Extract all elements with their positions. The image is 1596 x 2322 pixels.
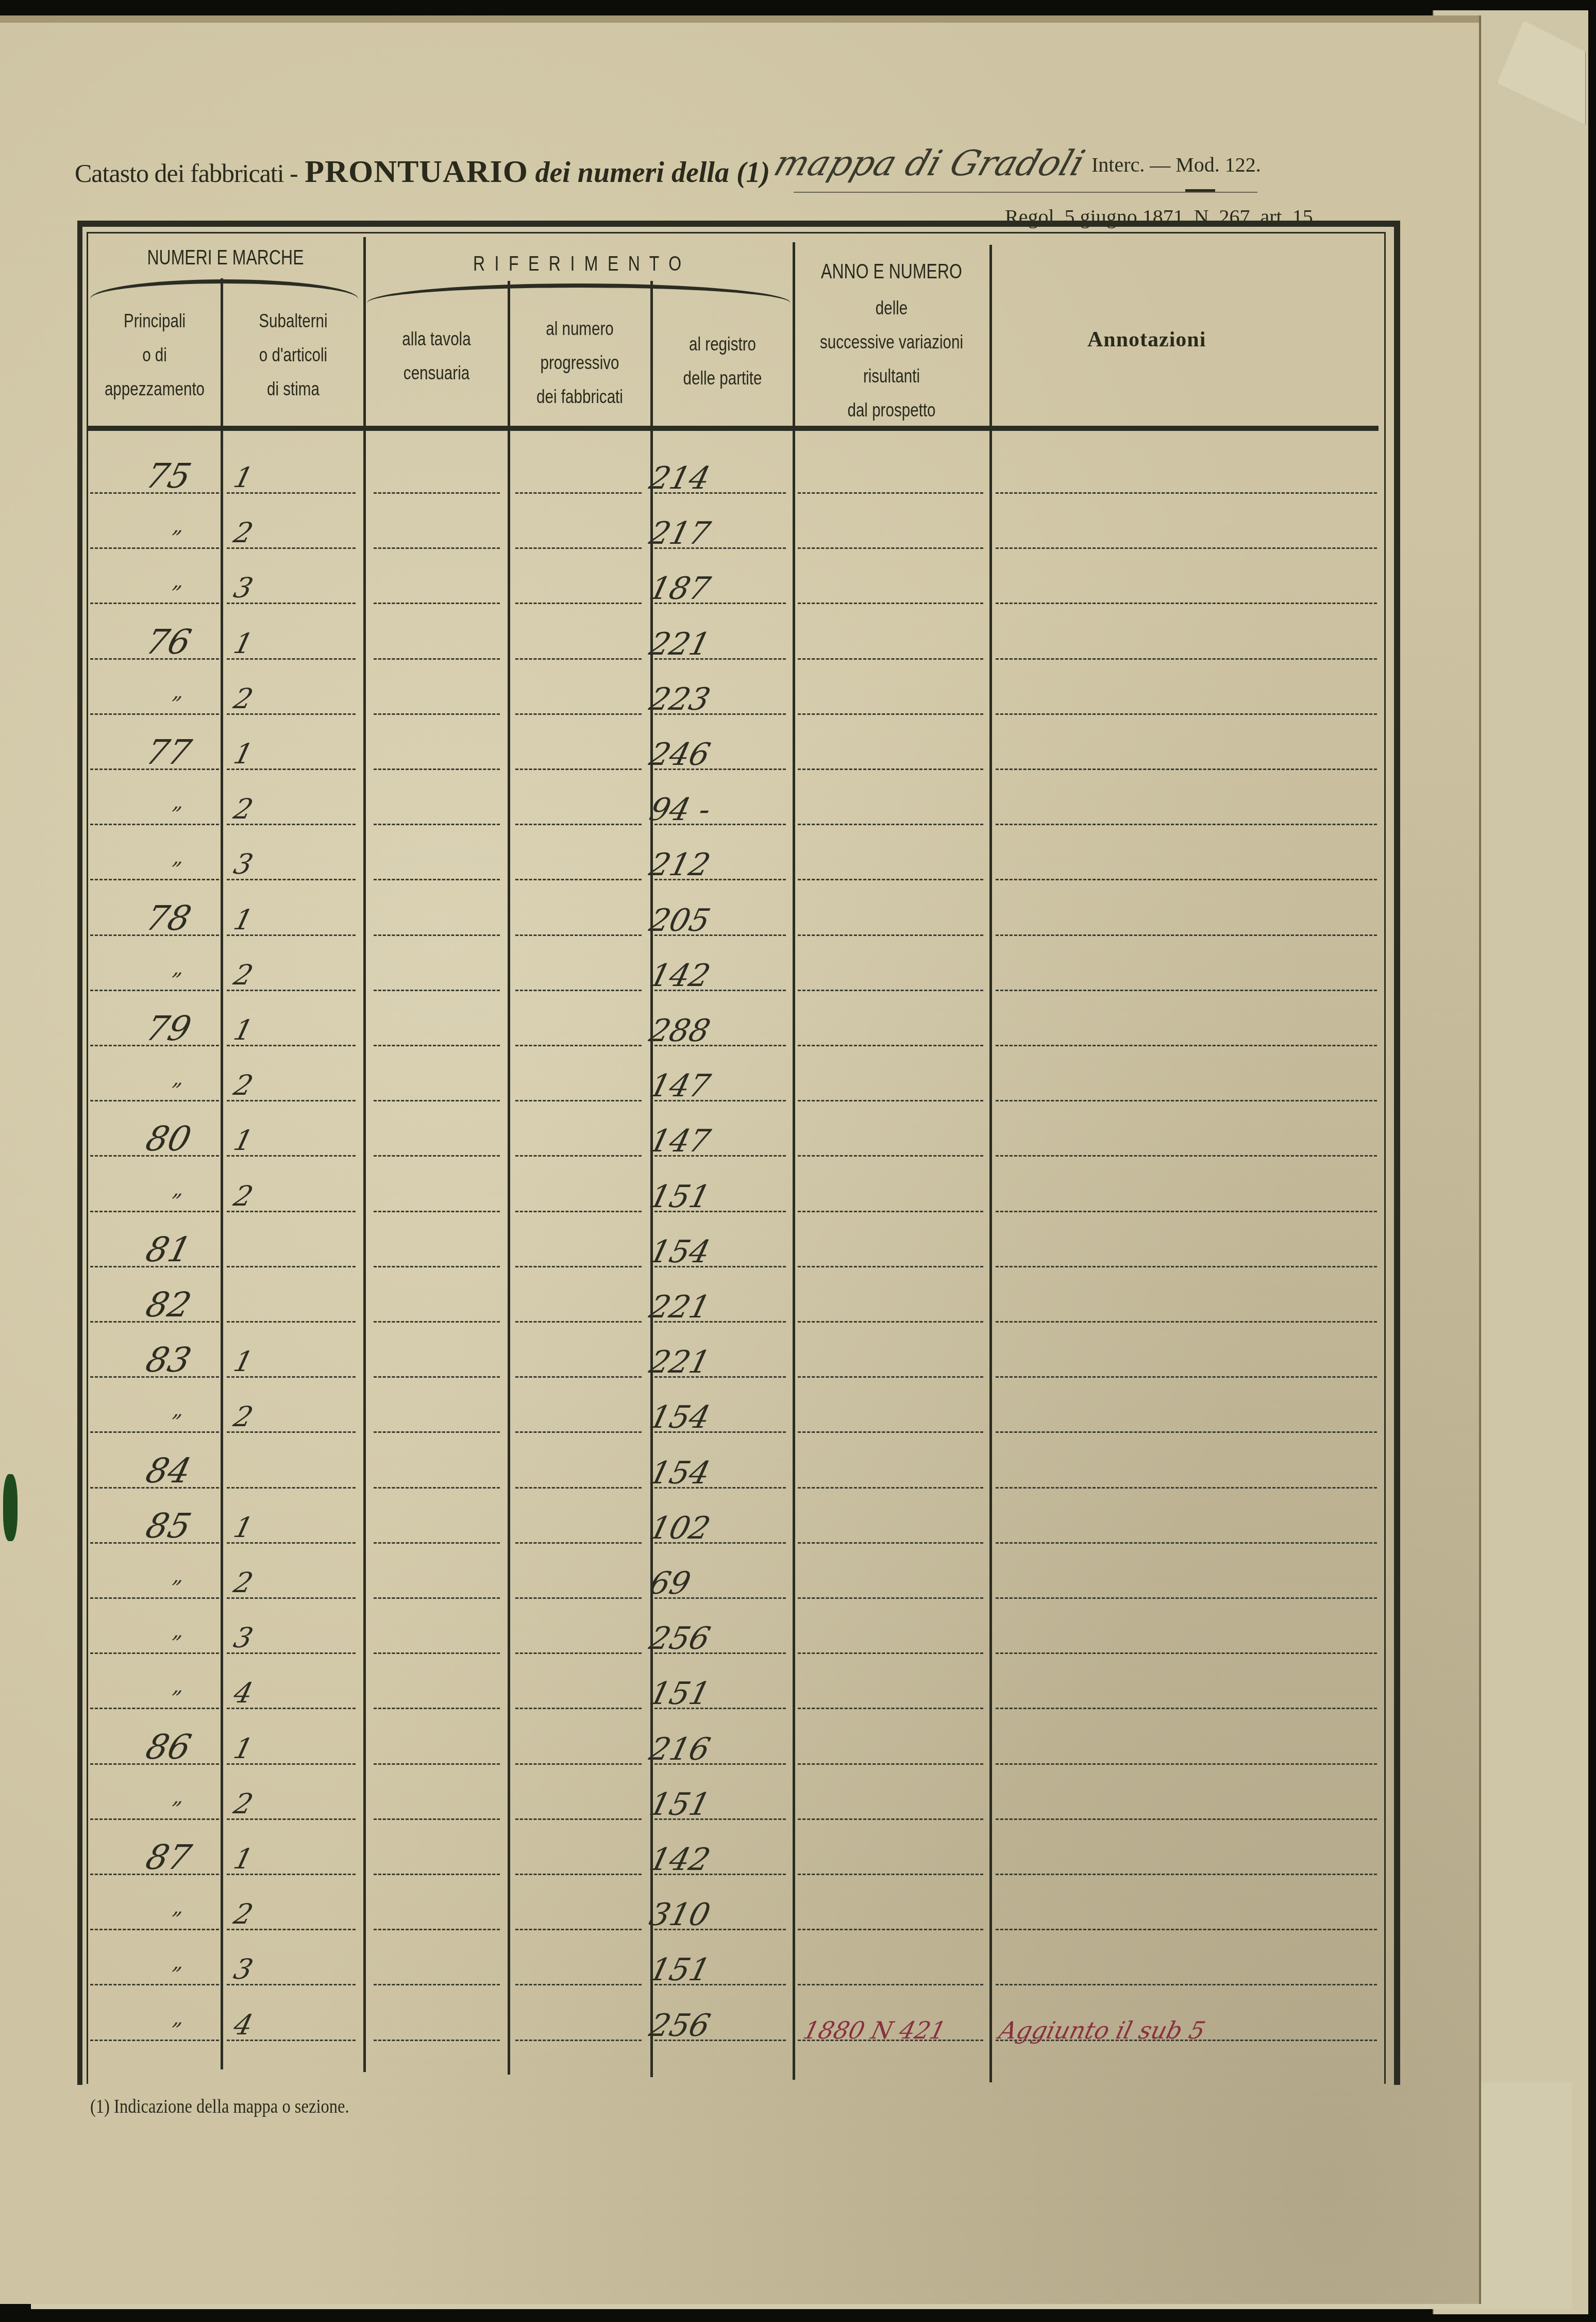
col-subalterni: Subalterni o d'articoli di stima xyxy=(238,304,348,406)
cell-subalterno: 4 xyxy=(230,1677,256,1709)
ruled-line xyxy=(374,1761,500,1765)
ruled-line xyxy=(90,877,219,880)
ruled-line xyxy=(798,822,983,825)
table-row: 861216 xyxy=(0,1722,1546,1777)
cell-registro: 151 xyxy=(646,1952,714,1988)
ruled-line xyxy=(374,1485,500,1489)
cell-registro: 142 xyxy=(646,958,714,994)
table-row: ”42561880 N 421Aggiunto il sub 5 xyxy=(0,1998,1546,2053)
ruled-line xyxy=(798,1816,983,1820)
cell-subalterno: 2 xyxy=(230,1069,256,1101)
table-row: ”3212 xyxy=(0,838,1546,893)
cell-registro: 310 xyxy=(646,1897,714,1933)
table-row: ”294 - xyxy=(0,782,1546,838)
cell-registro: 154 xyxy=(646,1455,714,1491)
ruled-line xyxy=(798,1485,983,1489)
ruled-line xyxy=(90,1982,219,1985)
ruled-line xyxy=(374,1043,500,1046)
ruled-line xyxy=(515,1043,642,1046)
ruled-line xyxy=(996,1153,1377,1157)
table-row: 831221 xyxy=(0,1335,1546,1390)
cell-subalterno: 2 xyxy=(230,682,256,715)
ruled-line xyxy=(374,1872,500,1875)
table-row: ”2154 xyxy=(0,1390,1546,1445)
ruled-line xyxy=(90,545,219,549)
ruled-line xyxy=(515,1374,642,1378)
ruled-line xyxy=(996,988,1377,991)
table-row: 871142 xyxy=(0,1832,1546,1887)
ruled-line xyxy=(515,1485,642,1489)
cell-subalterno: 2 xyxy=(230,959,256,991)
ruled-line xyxy=(515,1706,642,1709)
ruled-line xyxy=(798,1595,983,1599)
cell-registro: 217 xyxy=(646,515,714,552)
page-title: Catasto dei fabbricati - PRONTUARIO dei … xyxy=(75,154,770,190)
ruled-line xyxy=(798,1043,983,1046)
ruled-line xyxy=(515,1429,642,1433)
ruled-line xyxy=(374,822,500,825)
cell-registro: 214 xyxy=(646,460,714,496)
cell-subalterno: 3 xyxy=(230,1953,256,1985)
ruled-line xyxy=(90,988,219,991)
cell-subalterno: 3 xyxy=(230,848,256,880)
ruled-line xyxy=(515,877,642,880)
ruled-line xyxy=(996,1927,1377,1930)
ruled-line xyxy=(374,1153,500,1157)
ruled-line xyxy=(515,2037,642,2041)
ruled-line xyxy=(515,1319,642,1323)
ruled-line xyxy=(227,1319,356,1323)
cell-registro: 221 xyxy=(646,1289,714,1325)
ruled-line xyxy=(798,1153,983,1157)
cell-subalterno: 1 xyxy=(230,904,256,936)
table-row: 851102 xyxy=(0,1501,1546,1556)
ruled-line xyxy=(90,1429,219,1433)
model-label: Interc. — Mod. 122. xyxy=(1091,153,1261,177)
table-row: ”2151 xyxy=(0,1170,1546,1225)
col-variazioni: delle successive variazioni risultanti d… xyxy=(813,291,970,427)
ruled-line xyxy=(996,1650,1377,1654)
table-row: 82221 xyxy=(0,1280,1546,1335)
cell-registro: 221 xyxy=(646,626,714,662)
cell-subalterno: 2 xyxy=(230,1400,256,1433)
ruled-line xyxy=(996,600,1377,604)
ruled-line xyxy=(996,766,1377,770)
ruled-line xyxy=(374,766,500,770)
header-rule xyxy=(88,426,1379,431)
ruled-line xyxy=(996,877,1377,880)
ruled-line xyxy=(798,600,983,604)
ruled-line xyxy=(515,1153,642,1157)
ruled-line xyxy=(996,932,1377,936)
ruled-line xyxy=(515,766,642,770)
ruled-line xyxy=(374,1098,500,1101)
top-edge-stain xyxy=(0,15,1479,23)
ruled-line xyxy=(798,988,983,991)
ruled-line xyxy=(90,711,219,715)
cell-subalterno: 2 xyxy=(230,793,256,825)
ruled-line xyxy=(374,1816,500,1820)
ruled-line xyxy=(515,1595,642,1599)
ruled-line xyxy=(374,932,500,936)
ruled-line xyxy=(515,1816,642,1820)
ruled-line xyxy=(798,1209,983,1212)
cell-registro: 246 xyxy=(646,737,714,773)
cell-subalterno: 1 xyxy=(230,1345,256,1378)
ruled-line xyxy=(798,1761,983,1765)
table-row: ”2142 xyxy=(0,948,1546,1004)
col-registro: al registro delle partite xyxy=(667,327,778,395)
cell-registro: 94 - xyxy=(646,792,714,828)
ruled-line xyxy=(798,711,983,715)
ruled-line xyxy=(374,1374,500,1378)
cell-subalterno: 2 xyxy=(230,1566,256,1599)
ruled-line xyxy=(996,1374,1377,1378)
ruled-line xyxy=(515,1209,642,1212)
ruled-line xyxy=(374,600,500,604)
ruled-line xyxy=(515,1872,642,1875)
table-row: ”4151 xyxy=(0,1666,1546,1722)
cell-subalterno: 2 xyxy=(230,516,256,549)
col-annotazioni: Annotazioni xyxy=(1087,327,1206,352)
ruled-line xyxy=(798,545,983,549)
ruled-line xyxy=(996,1706,1377,1709)
table-row: 781205 xyxy=(0,893,1546,948)
cell-registro: 221 xyxy=(646,1344,714,1380)
ruled-line xyxy=(90,1927,219,1930)
ruled-line xyxy=(374,988,500,991)
ruled-line xyxy=(798,1706,983,1709)
ruled-line xyxy=(374,1209,500,1212)
col-progressivo: al numero progressivo dei fabbricati xyxy=(524,312,635,414)
table-row: 81154 xyxy=(0,1225,1546,1280)
table-row: 771246 xyxy=(0,727,1546,782)
group-riferimento: R I F E R I M E N T O xyxy=(409,253,749,276)
ruled-line xyxy=(90,600,219,604)
group-anno-numero: ANNO E NUMERO xyxy=(815,260,968,283)
ruled-line xyxy=(515,988,642,991)
col-tavola: alla tavola censuaria xyxy=(381,322,492,390)
table-row: 761221 xyxy=(0,617,1546,672)
ruled-line xyxy=(515,1650,642,1654)
table-row: 801147 xyxy=(0,1114,1546,1169)
ruled-line xyxy=(90,1706,219,1709)
cell-registro: 154 xyxy=(646,1234,714,1270)
cell-registro: 102 xyxy=(646,1510,714,1546)
ruled-line xyxy=(996,1264,1377,1267)
ruled-line xyxy=(798,1374,983,1378)
table-row: ”269 xyxy=(0,1556,1546,1611)
ruled-line xyxy=(374,1650,500,1654)
cell-subalterno: 2 xyxy=(230,1180,256,1212)
cell-registro: 223 xyxy=(646,681,714,717)
cell-registro: 212 xyxy=(646,847,714,883)
col-principali: Principali o di appezzamento xyxy=(103,304,206,406)
cell-registro: 205 xyxy=(646,903,714,939)
ruled-line xyxy=(515,1927,642,1930)
ruled-line xyxy=(374,656,500,660)
ruled-line xyxy=(227,1264,356,1267)
ruled-line xyxy=(515,1982,642,1985)
ruled-line xyxy=(227,1485,356,1489)
ruled-line xyxy=(515,1761,642,1765)
ruled-line xyxy=(798,1982,983,1985)
ruled-line xyxy=(798,1429,983,1433)
ruled-line xyxy=(515,1264,642,1267)
ruled-line xyxy=(515,822,642,825)
ruled-line xyxy=(996,1595,1377,1599)
ruled-line xyxy=(798,490,983,494)
table-row: ”2147 xyxy=(0,1059,1546,1114)
cell-registro: 256 xyxy=(646,2008,714,2044)
ruled-line xyxy=(515,711,642,715)
table-row: 751214 xyxy=(0,451,1546,506)
ruled-line xyxy=(798,1264,983,1267)
map-underline xyxy=(794,192,1257,193)
cell-subalterno: 1 xyxy=(230,461,256,494)
cell-annotazione: Aggiunto il sub 5 xyxy=(996,2016,1208,2044)
ruled-line xyxy=(90,1209,219,1212)
table-row: ”2310 xyxy=(0,1887,1546,1943)
cell-subalterno: 1 xyxy=(230,738,256,770)
ruled-line xyxy=(374,1264,500,1267)
table-row: ”2223 xyxy=(0,672,1546,727)
cell-registro: 187 xyxy=(646,571,714,607)
cell-subalterno: 2 xyxy=(230,1898,256,1930)
ruled-line xyxy=(515,932,642,936)
cell-registro: 154 xyxy=(646,1399,714,1435)
cell-registro: 151 xyxy=(646,1179,714,1215)
ruled-line xyxy=(515,490,642,494)
cell-registro: 216 xyxy=(646,1731,714,1767)
ruled-line xyxy=(996,1485,1377,1489)
table-row: ”3256 xyxy=(0,1611,1546,1666)
cell-registro: 142 xyxy=(646,1842,714,1878)
ruled-line xyxy=(374,490,500,494)
ruled-line xyxy=(798,656,983,660)
ruled-line xyxy=(798,932,983,936)
cell-subalterno: 4 xyxy=(230,2009,256,2041)
cell-subalterno: 3 xyxy=(230,1622,256,1654)
title-prefix: Catasto dei fabbricati - xyxy=(75,159,298,188)
title-main: PRONTUARIO xyxy=(305,154,528,189)
ruled-line xyxy=(798,1927,983,1930)
ruled-line xyxy=(90,1650,219,1654)
cell-variazione: 1880 N 421 xyxy=(800,2016,949,2044)
cell-subalterno: 1 xyxy=(230,1014,256,1046)
ruled-line xyxy=(996,1319,1377,1323)
ruled-line xyxy=(798,1319,983,1323)
cell-registro: 151 xyxy=(646,1786,714,1823)
ruled-line xyxy=(996,1429,1377,1433)
ruled-line xyxy=(374,2037,500,2041)
ruled-line xyxy=(374,711,500,715)
model-rule xyxy=(1185,189,1215,192)
ruled-line xyxy=(798,1540,983,1544)
ruled-line xyxy=(90,1816,219,1820)
table-row: ”2151 xyxy=(0,1777,1546,1832)
ruled-line xyxy=(515,545,642,549)
ruled-line xyxy=(374,1540,500,1544)
cell-subalterno: 1 xyxy=(230,1511,256,1544)
cell-subalterno: 1 xyxy=(230,1732,256,1765)
ruled-line xyxy=(798,877,983,880)
ruled-line xyxy=(996,822,1377,825)
cell-registro: 147 xyxy=(646,1068,714,1104)
ruled-line xyxy=(374,1982,500,1985)
ruled-line xyxy=(798,1098,983,1101)
ruled-line xyxy=(996,1872,1377,1875)
ruled-line xyxy=(996,1761,1377,1765)
cell-subalterno: 1 xyxy=(230,627,256,660)
ruled-line xyxy=(996,1209,1377,1212)
ruled-line xyxy=(374,1927,500,1930)
ruled-line xyxy=(996,1540,1377,1544)
ruled-line xyxy=(515,656,642,660)
ruled-line xyxy=(996,711,1377,715)
footnote: (1) Indicazione della mappa o sezione. xyxy=(90,2096,349,2118)
title-italic: dei numeri della (1) xyxy=(535,157,770,189)
cell-subalterno: 1 xyxy=(230,1124,256,1157)
ruled-line xyxy=(996,1982,1377,1985)
ruled-line xyxy=(996,1043,1377,1046)
ruled-line xyxy=(515,1540,642,1544)
cell-registro: 288 xyxy=(646,1013,714,1049)
ruled-line xyxy=(515,1098,642,1101)
ruled-line xyxy=(996,656,1377,660)
cell-subalterno: 3 xyxy=(230,572,256,604)
handwritten-map-name: mappa di Gradoli xyxy=(769,143,1089,184)
ruled-line xyxy=(374,877,500,880)
ruled-line xyxy=(90,822,219,825)
table-row: ”2217 xyxy=(0,506,1546,561)
table-row: ”3187 xyxy=(0,561,1546,616)
cell-subalterno: 1 xyxy=(230,1843,256,1875)
ruled-line xyxy=(374,1595,500,1599)
cell-registro: 256 xyxy=(646,1621,714,1657)
ruled-line xyxy=(798,766,983,770)
ruled-line xyxy=(374,1319,500,1323)
ruled-line xyxy=(798,1872,983,1875)
cell-subalterno: 2 xyxy=(230,1788,256,1820)
cell-registro: 151 xyxy=(646,1676,714,1712)
ruled-line xyxy=(996,1816,1377,1820)
ruled-line xyxy=(996,490,1377,494)
cell-registro: 147 xyxy=(646,1123,714,1159)
ruled-line xyxy=(374,545,500,549)
ruled-line xyxy=(798,1650,983,1654)
group-numeri-marche: NUMERI E MARCHE xyxy=(117,246,334,270)
table-row: 84154 xyxy=(0,1446,1546,1501)
table-row: 791288 xyxy=(0,1004,1546,1059)
ruled-line xyxy=(90,1098,219,1101)
ruled-line xyxy=(996,545,1377,549)
ruled-line xyxy=(90,2037,219,2041)
ruled-line xyxy=(515,600,642,604)
ruled-line xyxy=(374,1429,500,1433)
ruled-line xyxy=(374,1706,500,1709)
table-row: ”3151 xyxy=(0,1943,1546,1998)
ruled-line xyxy=(996,1098,1377,1101)
ruled-line xyxy=(90,1595,219,1599)
